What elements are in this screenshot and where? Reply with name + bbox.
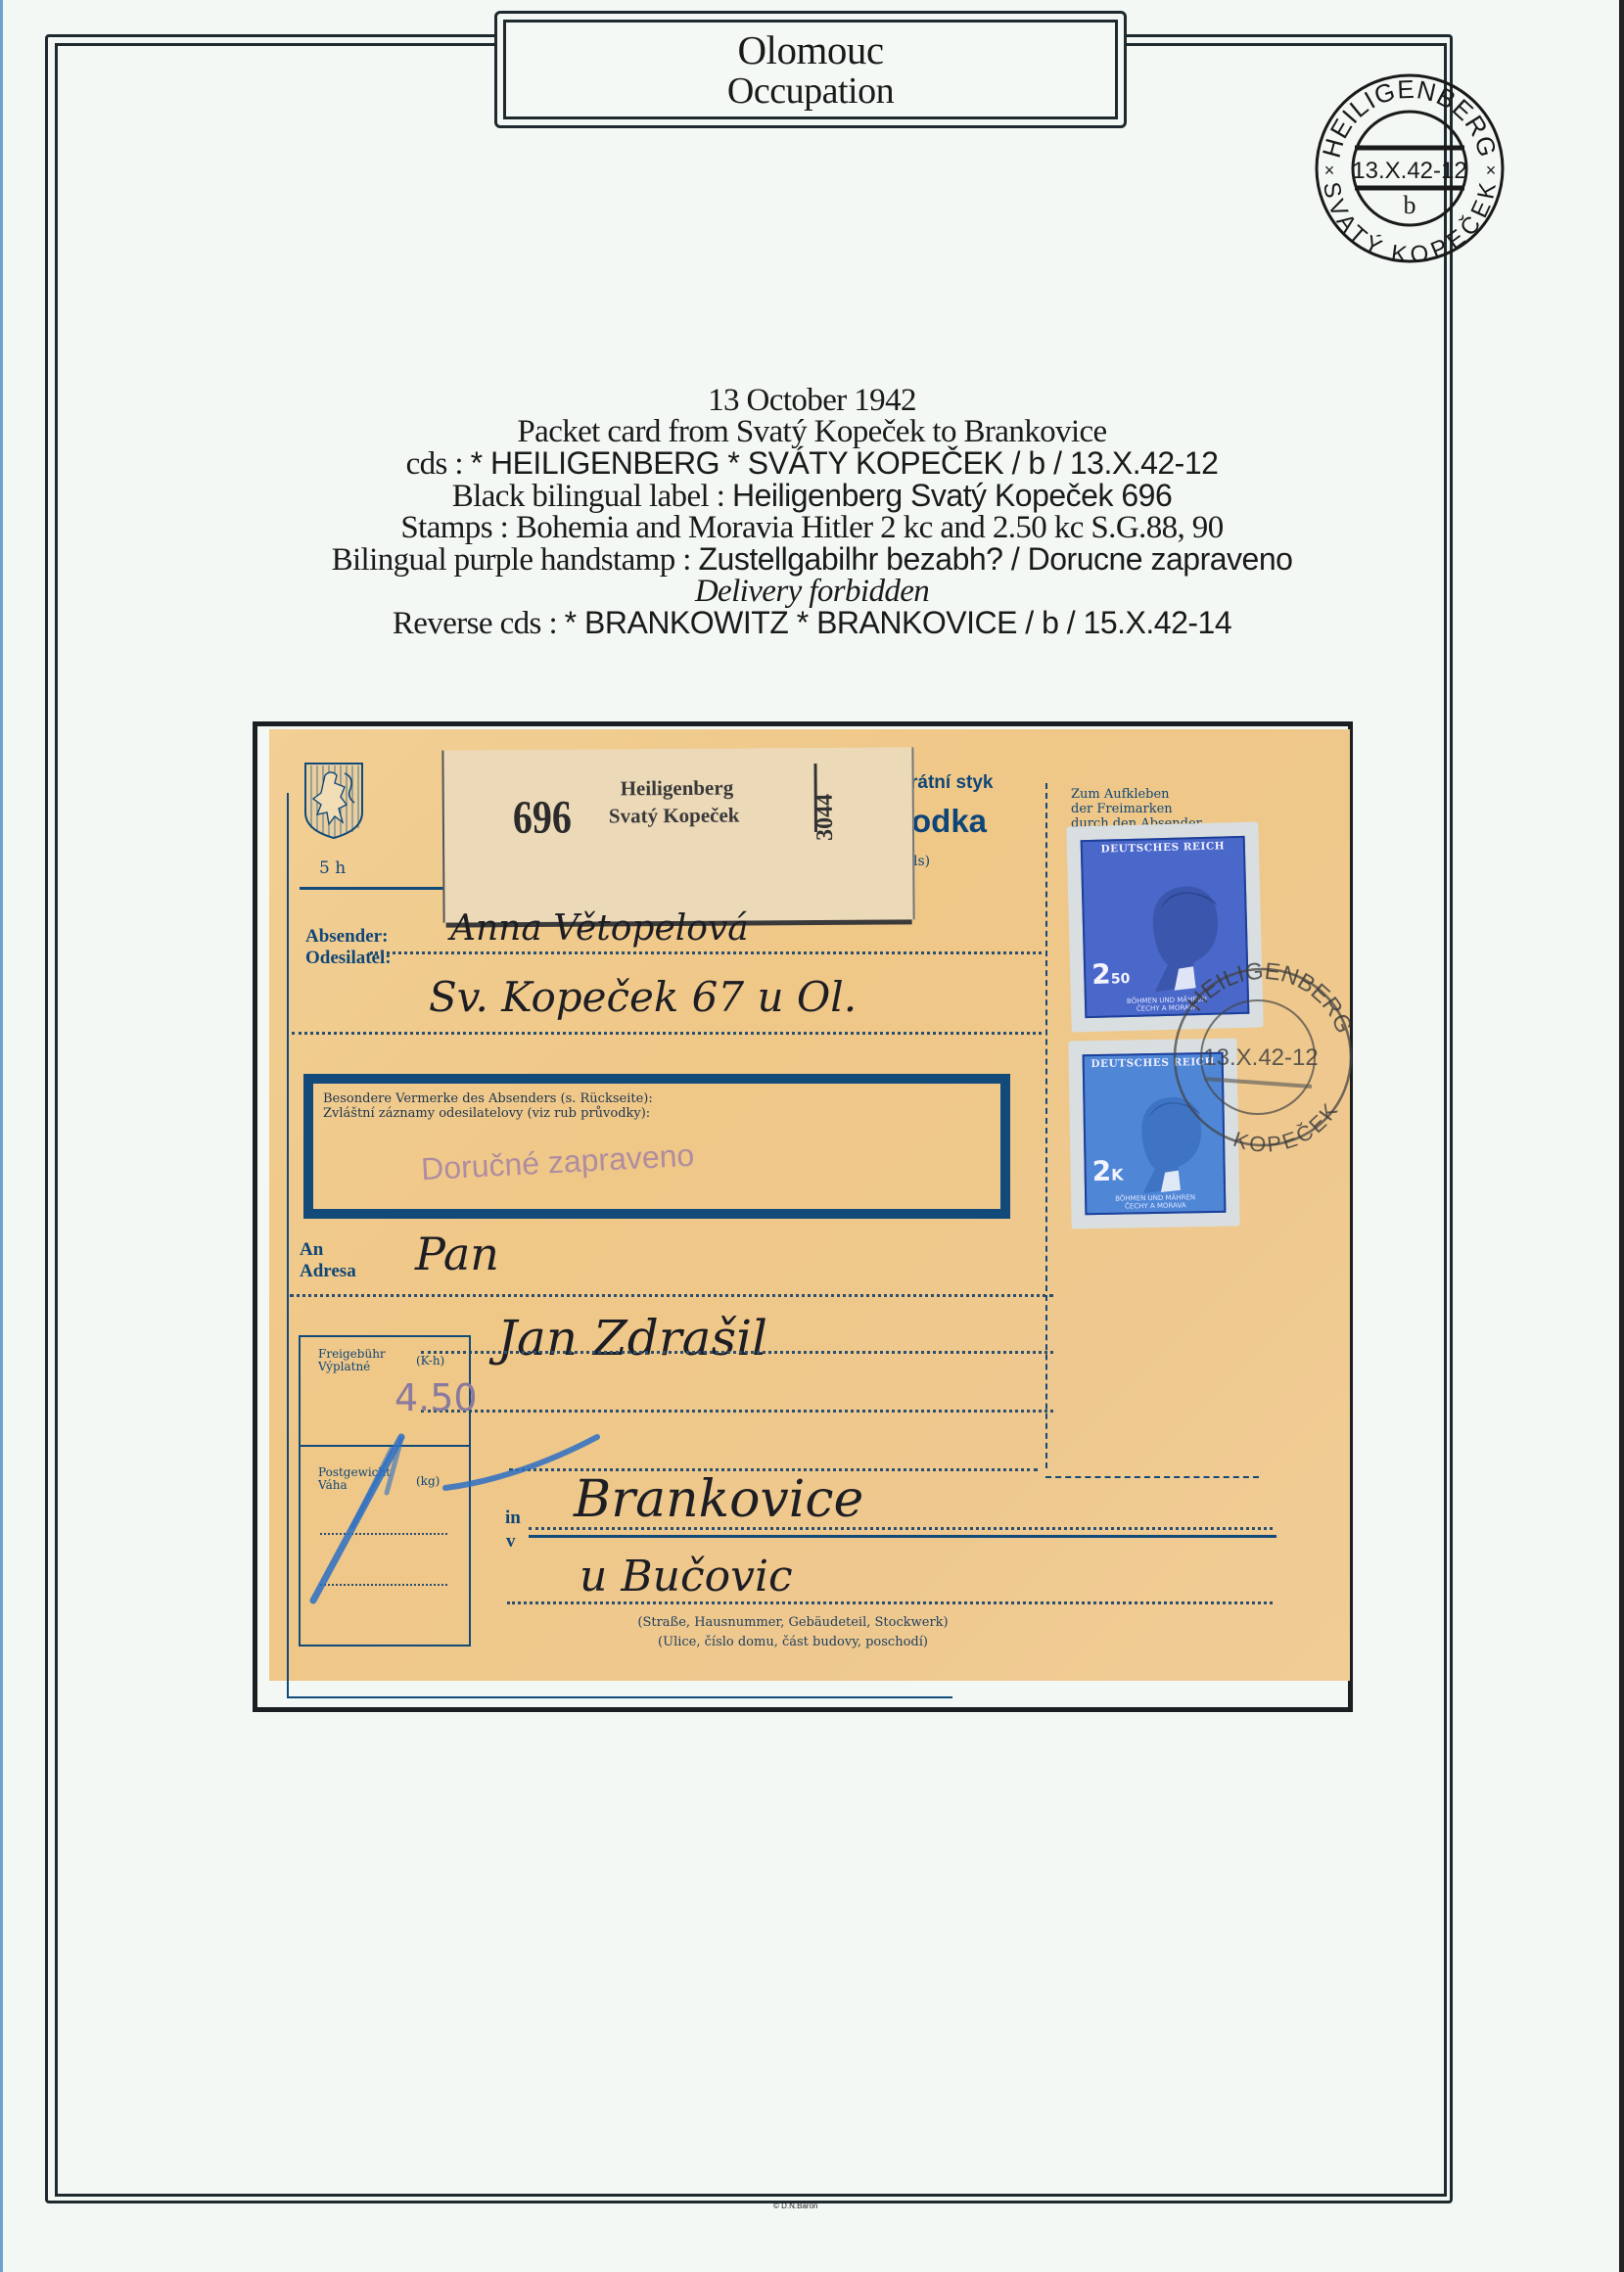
cds-label: cds : — [406, 446, 471, 482]
crayon-weight-mark: 1 — [294, 1429, 607, 1605]
fee-label-cz: Výplatné — [318, 1361, 386, 1373]
stamp-2-50-value: 250 — [1091, 957, 1131, 991]
label-number: 696 — [513, 789, 572, 845]
stamp-2-50-value-small: 50 — [1111, 971, 1131, 988]
copyright-credit: © D.N.Baron — [773, 2202, 817, 2210]
street-hint-cz: (Ulice, číslo domu, část budovy, poschod… — [578, 1633, 1008, 1652]
recipient-title: Pan — [415, 1228, 499, 1280]
remarks-label: Besondere Vermerke des Absenders (s. Rüc… — [323, 1091, 653, 1121]
card-postmark-top-text: HEILIGENBERG — [1183, 959, 1358, 1038]
fee-label: Freigebühr Výplatné — [318, 1348, 386, 1373]
stamp-2-k-value-main: 2 — [1091, 1155, 1111, 1187]
postmark-date: 13.X.42-12 — [1352, 158, 1466, 184]
sender-label-de: Absender: — [305, 926, 392, 948]
destination-line-2 — [507, 1601, 1273, 1604]
stamp-2-k-value-small: K — [1111, 1166, 1124, 1184]
remarks-label-de: Besondere Vermerke des Absenders (s. Rüc… — [323, 1091, 653, 1106]
stamp-2-50-value-main: 2 — [1091, 957, 1111, 990]
description-translation: Delivery forbidden — [0, 576, 1624, 607]
description-handstamp: Bilingual purple handstamp : Zustellgabi… — [0, 543, 1624, 576]
v-label: v — [506, 1531, 516, 1553]
remarks-box: Besondere Vermerke des Absenders (s. Rüc… — [303, 1074, 1010, 1219]
card-postmark-date: 13.X.42-12 — [1203, 1044, 1318, 1071]
remarks-label-cz: Zvláštní záznamy odesilatelovy (viz rub … — [323, 1106, 653, 1121]
label-label: Black bilingual label : — [452, 479, 732, 514]
page-title: Olomouc — [506, 28, 1115, 71]
label-line-1: Heiligenberg — [621, 776, 734, 802]
scan-edge-left — [0, 0, 3, 2272]
sender-name: Anna Větopelová — [450, 908, 749, 949]
purple-handstamp: Doručné zapraveno — [420, 1137, 695, 1188]
fee-value: 4.50 — [394, 1376, 478, 1419]
form-bottom-rule — [287, 1696, 952, 1698]
heading-fragment-1: rátní styk — [910, 772, 993, 794]
stamp-area-line-1: Zum Aufkleben — [1071, 787, 1202, 802]
description-summary: Packet card from Svatý Kopeček to Branko… — [0, 416, 1624, 447]
card-postmark: HEILIGENBERG KOPEČEK 13.X.42-12 — [1155, 959, 1370, 1155]
street-hint: (Straße, Hausnummer, Gebäudeteil, Stockw… — [578, 1613, 1008, 1652]
svg-text:HEILIGENBERG: HEILIGENBERG — [1183, 959, 1358, 1038]
description-block: 13 October 1942 Packet card from Svatý K… — [0, 385, 1624, 639]
scan-edge-right — [1619, 0, 1624, 2272]
description-reverse: Reverse cds : * BRANKOWITZ * BRANKOVICE … — [0, 607, 1624, 639]
recipient-name: Jan Zdrašil — [497, 1310, 767, 1367]
handstamp-value: Zustellgabilhr bezabh? / Dorucne zaprave… — [698, 541, 1292, 577]
form-header-rule — [300, 887, 446, 890]
title-box-inner: Olomouc Occupation — [503, 20, 1118, 119]
stamp-area-dashed-rule — [1045, 783, 1047, 1468]
sender-label: Absender: Odesilatel: — [305, 926, 392, 969]
cds-value: * HEILIGENBERG * SVÁTY KOPEČEK / b / 13.… — [471, 445, 1219, 481]
street-hint-de: (Straße, Hausnummer, Gebäudeteil, Stockw… — [578, 1613, 1008, 1633]
address-label: An Adresa — [300, 1239, 356, 1282]
form-left-rule — [287, 793, 289, 1698]
address-label-cz: Adresa — [300, 1261, 356, 1282]
label-value: Heiligenberg Svatý Kopeček 696 — [732, 478, 1172, 513]
stamp-area-bottom-dashed-rule — [1045, 1476, 1259, 1478]
coat-of-arms-icon — [303, 762, 364, 840]
postmark-illustration: HEILIGENBERG SVATÝ KOPEČEK 13.X.42-12 b … — [1312, 70, 1508, 266]
stamp-area-line-2: der Freimarken — [1071, 802, 1202, 816]
description-label: Black bilingual label : Heiligenberg Sva… — [0, 480, 1624, 512]
description-stamps: Stamps : Bohemia and Moravia Hitler 2 kc… — [0, 512, 1624, 543]
address-line-3 — [421, 1410, 1053, 1413]
reverse-label: Reverse cds : — [393, 606, 565, 641]
address-label-de: An — [300, 1239, 356, 1261]
weight-value: 1 — [294, 1429, 302, 1433]
sender-address: Sv. Kopeček 67 u Ol. — [429, 973, 857, 1021]
stamp-2-k-footer: BÖHMEN UND MÄHRENČECHY A MORAVA — [1087, 1193, 1224, 1211]
destination: Brankovice — [574, 1470, 863, 1529]
sender-line-2 — [292, 1032, 1042, 1035]
label-line-2: Svatý Kopeček — [609, 804, 740, 829]
postmark-separator-right: × — [1486, 161, 1497, 180]
sender-line-1 — [370, 951, 1042, 954]
in-label: in — [505, 1507, 521, 1529]
description-date: 13 October 1942 — [0, 385, 1624, 416]
postmark-separator-left: × — [1324, 161, 1335, 180]
fee-unit: (K-h) — [416, 1354, 444, 1368]
destination-sub: u Bučovic — [580, 1552, 793, 1601]
postmark-letter: b — [1404, 191, 1416, 219]
stamp-2-50-header: DEUTSCHES REICH — [1083, 840, 1243, 856]
heading-fragment-2: odka — [911, 803, 987, 840]
description-cds: cds : * HEILIGENBERG * SVÁTY KOPEČEK / b… — [0, 447, 1624, 480]
handstamp-label: Bilingual purple handstamp : — [332, 542, 699, 578]
address-line-1 — [290, 1294, 1053, 1297]
page-subtitle: Occupation — [506, 71, 1115, 111]
address-line-2 — [421, 1351, 1053, 1354]
heading-fragment-3: ls) — [913, 854, 930, 869]
coat-value: 5 h — [319, 858, 346, 878]
reverse-value: * BRANKOWITZ * BRANKOVICE / b / 15.X.42-… — [565, 605, 1231, 640]
destination-dotted-line — [529, 1527, 1273, 1530]
stamp-2-k-footer-2: ČECHY A MORAVA — [1087, 1201, 1224, 1211]
stamp-2-k-value: 2K — [1091, 1155, 1123, 1188]
registration-label: 696 Heiligenberg Svatý Kopeček 3044 — [441, 747, 914, 922]
destination-underline — [529, 1535, 1276, 1538]
